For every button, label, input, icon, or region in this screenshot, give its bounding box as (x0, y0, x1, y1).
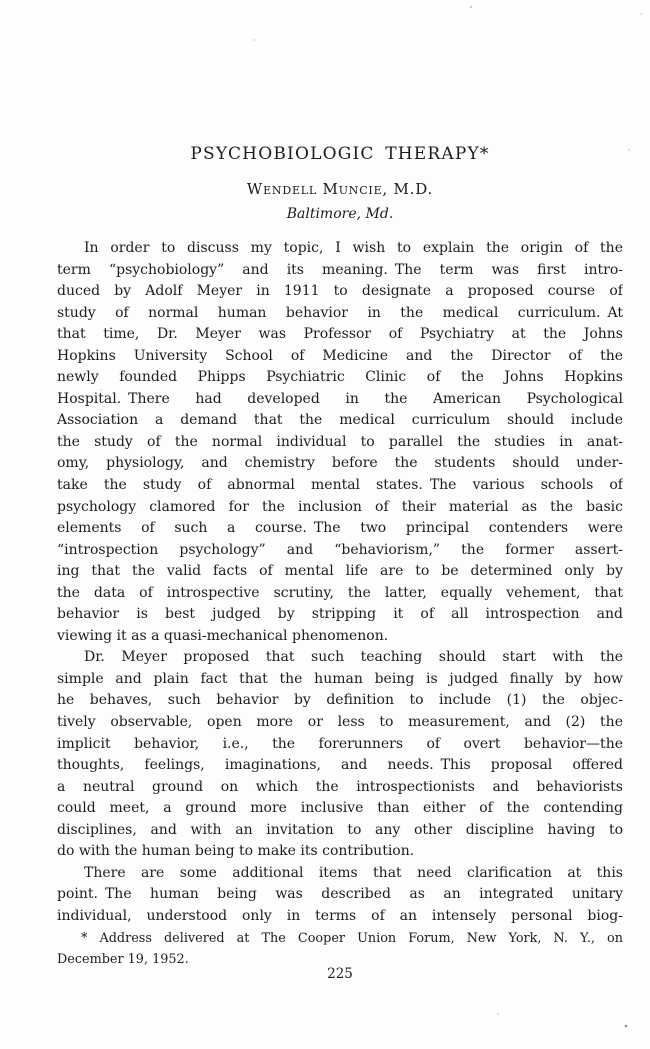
text-line: term “psychobiology” and its meaning. Th… (57, 260, 623, 282)
text-line: do with the human being to make its cont… (57, 841, 623, 863)
text-line: implicit behavior, i.e., the forerunners… (57, 734, 623, 756)
text-line: viewing it as a quasi-mechanical phenome… (57, 626, 623, 648)
text-line: that time, Dr. Meyer was Professor of Ps… (57, 324, 623, 346)
text-line: Dr. Meyer proposed that such teaching sh… (57, 647, 623, 669)
text-line: psychology clamored for the inclusion of… (57, 497, 623, 519)
text-line: ing that the valid facts of mental life … (57, 561, 623, 583)
text-line: omy, physiology, and chemistry before th… (57, 453, 623, 475)
text-line: newly founded Phipps Psychiatric Clinic … (57, 367, 623, 389)
text-line: thoughts, feelings, imaginations, and ne… (57, 755, 623, 777)
text-line: point. The human being was described as … (57, 884, 623, 906)
text-line: duced by Adolf Meyer in 1911 to designat… (57, 281, 623, 303)
text-line: Hopkins University School of Medicine an… (57, 346, 623, 368)
text-line: In order to discuss my topic, I wish to … (57, 238, 623, 260)
text-line: Association a demand that the medical cu… (57, 410, 623, 432)
text-line: study of normal human behavior in the me… (57, 303, 623, 325)
text-line: behavior is best judged by stripping it … (57, 604, 623, 626)
page-number: 225 (57, 964, 623, 984)
text-line: tively observable, open more or less to … (57, 712, 623, 734)
article-author: Wendell Muncie, M.D. (57, 180, 623, 199)
text-line: “introspection psychology” and “behavior… (57, 540, 623, 562)
text-line: the study of the normal individual to pa… (57, 432, 623, 454)
text-line: could meet, a ground more inclusive than… (57, 798, 623, 820)
text-line: There are some additional items that nee… (57, 863, 623, 885)
article-body: In order to discuss my topic, I wish to … (57, 238, 623, 928)
scan-speck (0, 0, 2, 2)
text-line: disciplines, and with an invitation to a… (57, 820, 623, 842)
text-line: individual, understood only in terms of … (57, 906, 623, 928)
text-line: elements of such a course. The two princ… (57, 518, 623, 540)
article-location: Baltimore, Md. (57, 205, 623, 224)
article-title: PSYCHOBIOLOGIC THERAPY* (57, 144, 623, 164)
text-line: he behaves, such behavior by definition … (57, 690, 623, 712)
text-line: the data of introspective scrutiny, the … (57, 583, 623, 605)
text-line: Hospital. There had developed in the Ame… (57, 389, 623, 411)
text-line: simple and plain fact that the human bei… (57, 669, 623, 691)
text-line: a neutral ground on which the introspect… (57, 777, 623, 799)
text-line: * Address delivered at The Cooper Union … (57, 929, 623, 950)
text-line: take the study of abnormal mental states… (57, 475, 623, 497)
document-page: PSYCHOBIOLOGIC THERAPY* Wendell Muncie, … (0, 0, 650, 1049)
